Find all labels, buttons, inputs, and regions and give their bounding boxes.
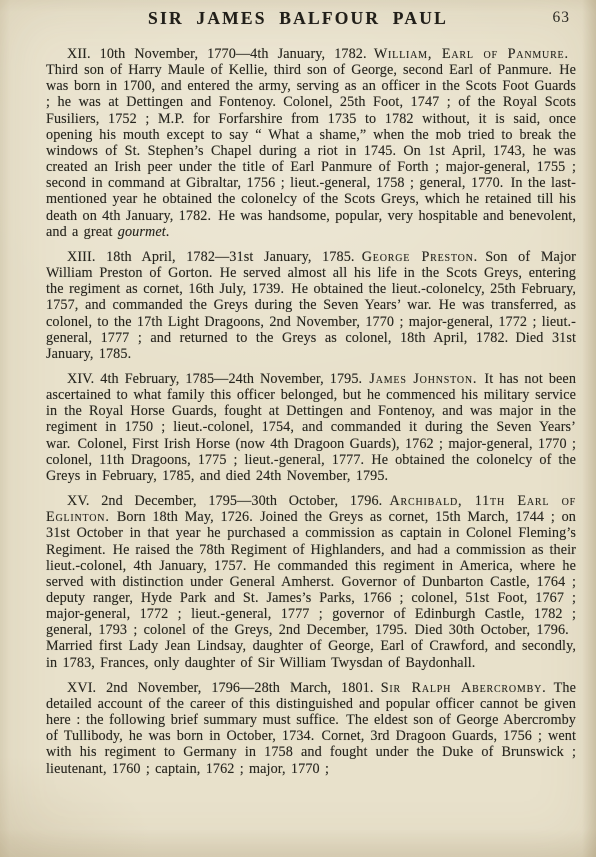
officer-name: George Preston.	[362, 249, 478, 265]
officer-name: Sir Ralph Abercromby.	[381, 680, 547, 696]
paragraph: XIII. 18th April, 1782—31st January, 178…	[46, 249, 576, 362]
text-segment: Son of Major William Preston of Gorton. …	[46, 249, 576, 362]
page-title: SIR JAMES BALFOUR PAUL	[0, 8, 596, 29]
text-segment: XV. 2nd December, 1795—30th October, 179…	[67, 493, 389, 509]
italic-text: gourmet	[118, 224, 166, 240]
officer-name: James Johnston.	[369, 371, 477, 387]
paragraph: XIV. 4th February, 1785—24th November, 1…	[46, 371, 576, 484]
page-number: 63	[553, 9, 571, 27]
text-segment: XIV. 4th February, 1785—24th November, 1…	[67, 371, 369, 387]
paragraph: XVI. 2nd November, 1796—28th March, 1801…	[46, 680, 576, 777]
paragraph: XV. 2nd December, 1795—30th October, 179…	[46, 493, 576, 671]
text-segment: XII. 10th November, 1770—4th January, 17…	[67, 46, 374, 62]
book-page: SIR JAMES BALFOUR PAUL 63 XII. 10th Nove…	[0, 0, 596, 857]
running-header: SIR JAMES BALFOUR PAUL 63	[0, 0, 596, 36]
text-segment: XIII. 18th April, 1782—31st January, 178…	[67, 249, 362, 265]
body-text: XII. 10th November, 1770—4th January, 17…	[0, 36, 596, 777]
text-segment: Third son of Harry Maule of Kellie, thir…	[46, 46, 576, 240]
paragraph: XII. 10th November, 1770—4th January, 17…	[46, 46, 576, 240]
text-segment: Born 18th May, 1726. Joined the Greys as…	[46, 509, 576, 670]
text-segment: It has not been ascertained to what fami…	[46, 371, 576, 484]
text-segment: .	[166, 224, 170, 240]
officer-name: William, Earl of Panmure.	[374, 46, 569, 62]
text-segment: XVI. 2nd November, 1796—28th March, 1801…	[67, 680, 381, 696]
